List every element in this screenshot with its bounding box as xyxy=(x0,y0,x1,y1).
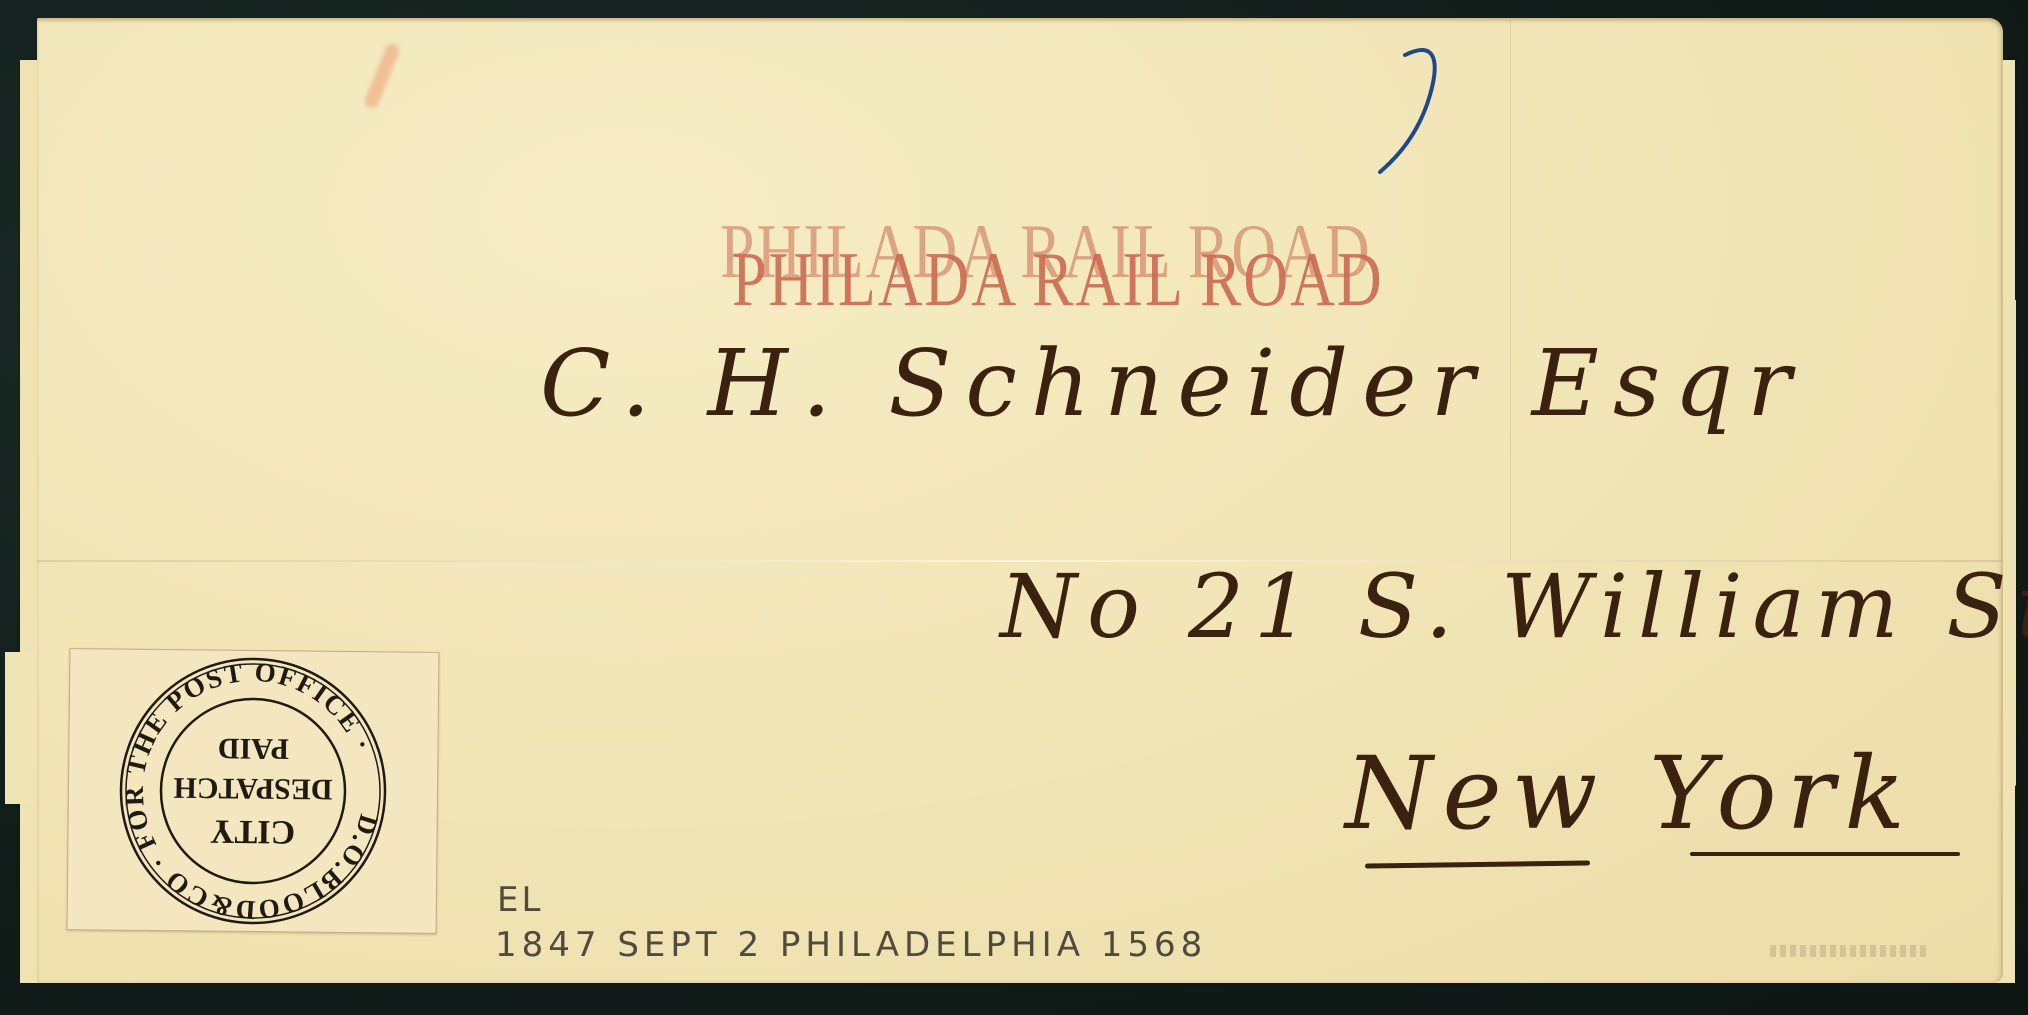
local-post-stamp: D.O.BLOOD&CO · FOR THE POST OFFICE · CIT… xyxy=(67,648,440,934)
cover-photo: PHILADA RAIL ROAD PHILADA RAIL ROAD C. H… xyxy=(0,0,2028,1015)
railroad-handstamp: PHILADA RAIL ROAD PHILADA RAIL ROAD xyxy=(710,200,1510,340)
stamp-line-city: CITY xyxy=(210,813,295,851)
city-underline-right xyxy=(1690,852,1960,856)
vertical-fold-line xyxy=(1510,20,1511,560)
stamp-design: D.O.BLOOD&CO · FOR THE POST OFFICE · CIT… xyxy=(68,649,439,933)
faint-pencil-marks xyxy=(1770,945,1930,957)
pencil-code: EL xyxy=(497,880,543,920)
addressee-name: C. H. Schneider Esqr xyxy=(540,330,1805,437)
stamp-line-despatch: DESPATCH xyxy=(173,771,332,806)
city-name: New York xyxy=(1345,735,1915,852)
stamp-line-paid: PAID xyxy=(218,732,289,766)
blue-crayon-mark xyxy=(1375,40,1465,180)
street-address: No 21 S. William St xyxy=(1000,555,2028,658)
pencil-date-origin: 1847 SEPT 2 PHILADELPHIA 1568 xyxy=(495,925,1207,965)
handstamp-second-strike: PHILADA RAIL ROAD xyxy=(732,236,1384,325)
